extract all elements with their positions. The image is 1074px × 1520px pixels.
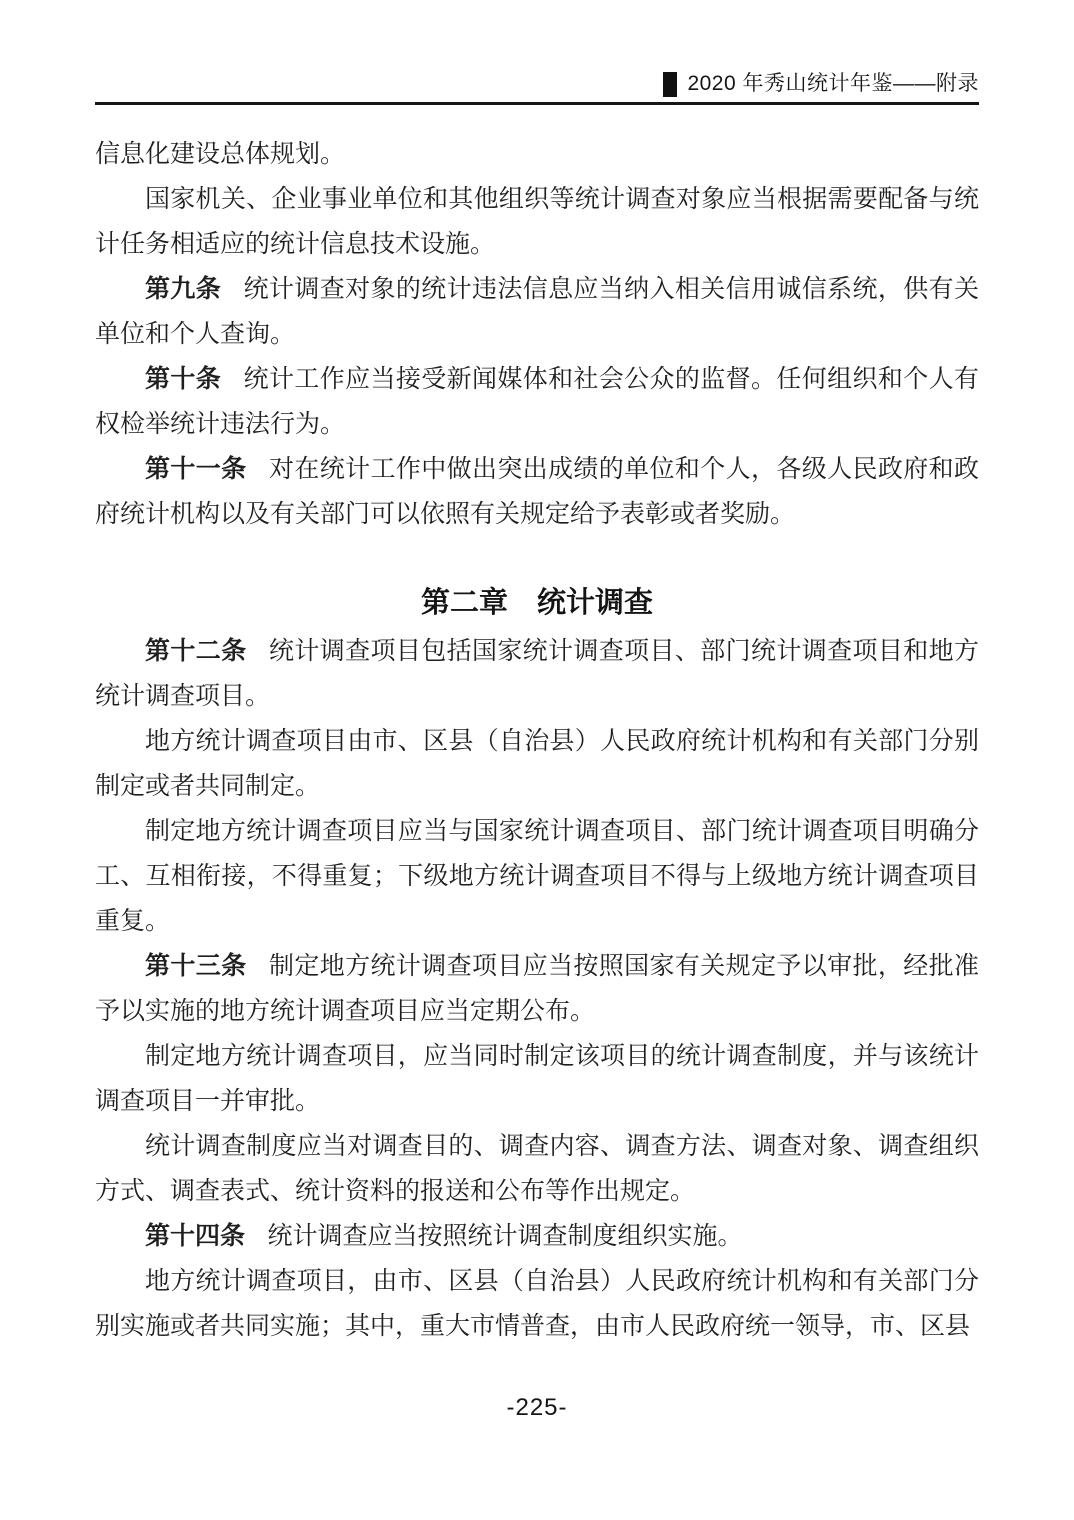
paragraph: 统计调查制度应当对调查目的、调查内容、调查方法、调查对象、调查组织方式、调查表式… xyxy=(95,1124,979,1214)
document-body: 信息化建设总体规划。国家机关、企业事业单位和其他组织等统计调查对象应当根据需要配… xyxy=(95,132,979,1349)
paragraph: 制定地方统计调查项目应当与国家统计调查项目、部门统计调查项目明确分工、互相衔接，… xyxy=(95,809,979,944)
chapter-heading: 第二章 统计调查 xyxy=(95,577,979,629)
article-number: 第十三条 xyxy=(145,952,246,980)
header-rule xyxy=(95,102,979,105)
paragraph: 制定地方统计调查项目，应当同时制定该项目的统计调查制度，并与该统计调查项目一并审… xyxy=(95,1034,979,1124)
paragraph: 地方统计调查项目，由市、区县（自治县）人民政府统计机构和有关部门分别实施或者共同… xyxy=(95,1259,979,1349)
page-header: 2020 年秀山统计年鉴——附录 xyxy=(95,0,979,105)
paragraph: 地方统计调查项目由市、区县（自治县）人民政府统计机构和有关部门分别制定或者共同制… xyxy=(95,719,979,809)
article-paragraph: 第九条统计调查对象的统计违法信息应当纳入相关信用诚信系统，供有关单位和个人查询。 xyxy=(95,267,979,357)
article-paragraph: 第十三条制定地方统计调查项目应当按照国家有关规定予以审批，经批准予以实施的地方统… xyxy=(95,944,979,1034)
article-number: 第九条 xyxy=(145,275,221,303)
article-paragraph: 第十二条统计调查项目包括国家统计调查项目、部门统计调查项目和地方统计调查项目。 xyxy=(95,629,979,719)
paragraph: 信息化建设总体规划。 xyxy=(95,132,979,177)
article-number: 第十一条 xyxy=(145,455,246,483)
header-row: 2020 年秀山统计年鉴——附录 xyxy=(95,71,979,97)
article-paragraph: 第十四条统计调查应当按照统计调查制度组织实施。 xyxy=(95,1214,979,1259)
document-page: 2020 年秀山统计年鉴——附录 信息化建设总体规划。国家机关、企业事业单位和其… xyxy=(0,0,1074,1520)
article-paragraph: 第十条统计工作应当接受新闻媒体和社会公众的监督。任何组织和个人有权检举统计违法行… xyxy=(95,357,979,447)
page-footer: -225- xyxy=(95,1393,979,1423)
page-number: -225- xyxy=(506,1394,567,1421)
header-title: 2020 年秀山统计年鉴——附录 xyxy=(687,71,979,97)
article-number: 第十条 xyxy=(145,365,221,393)
article-paragraph: 第十一条对在统计工作中做出突出成绩的单位和个人，各级人民政府和政府统计机构以及有… xyxy=(95,447,979,537)
article-number: 第十二条 xyxy=(145,637,246,665)
paragraph: 国家机关、企业事业单位和其他组织等统计调查对象应当根据需要配备与统计任务相适应的… xyxy=(95,177,979,267)
article-number: 第十四条 xyxy=(145,1222,245,1250)
header-marker-block-icon xyxy=(663,72,677,97)
